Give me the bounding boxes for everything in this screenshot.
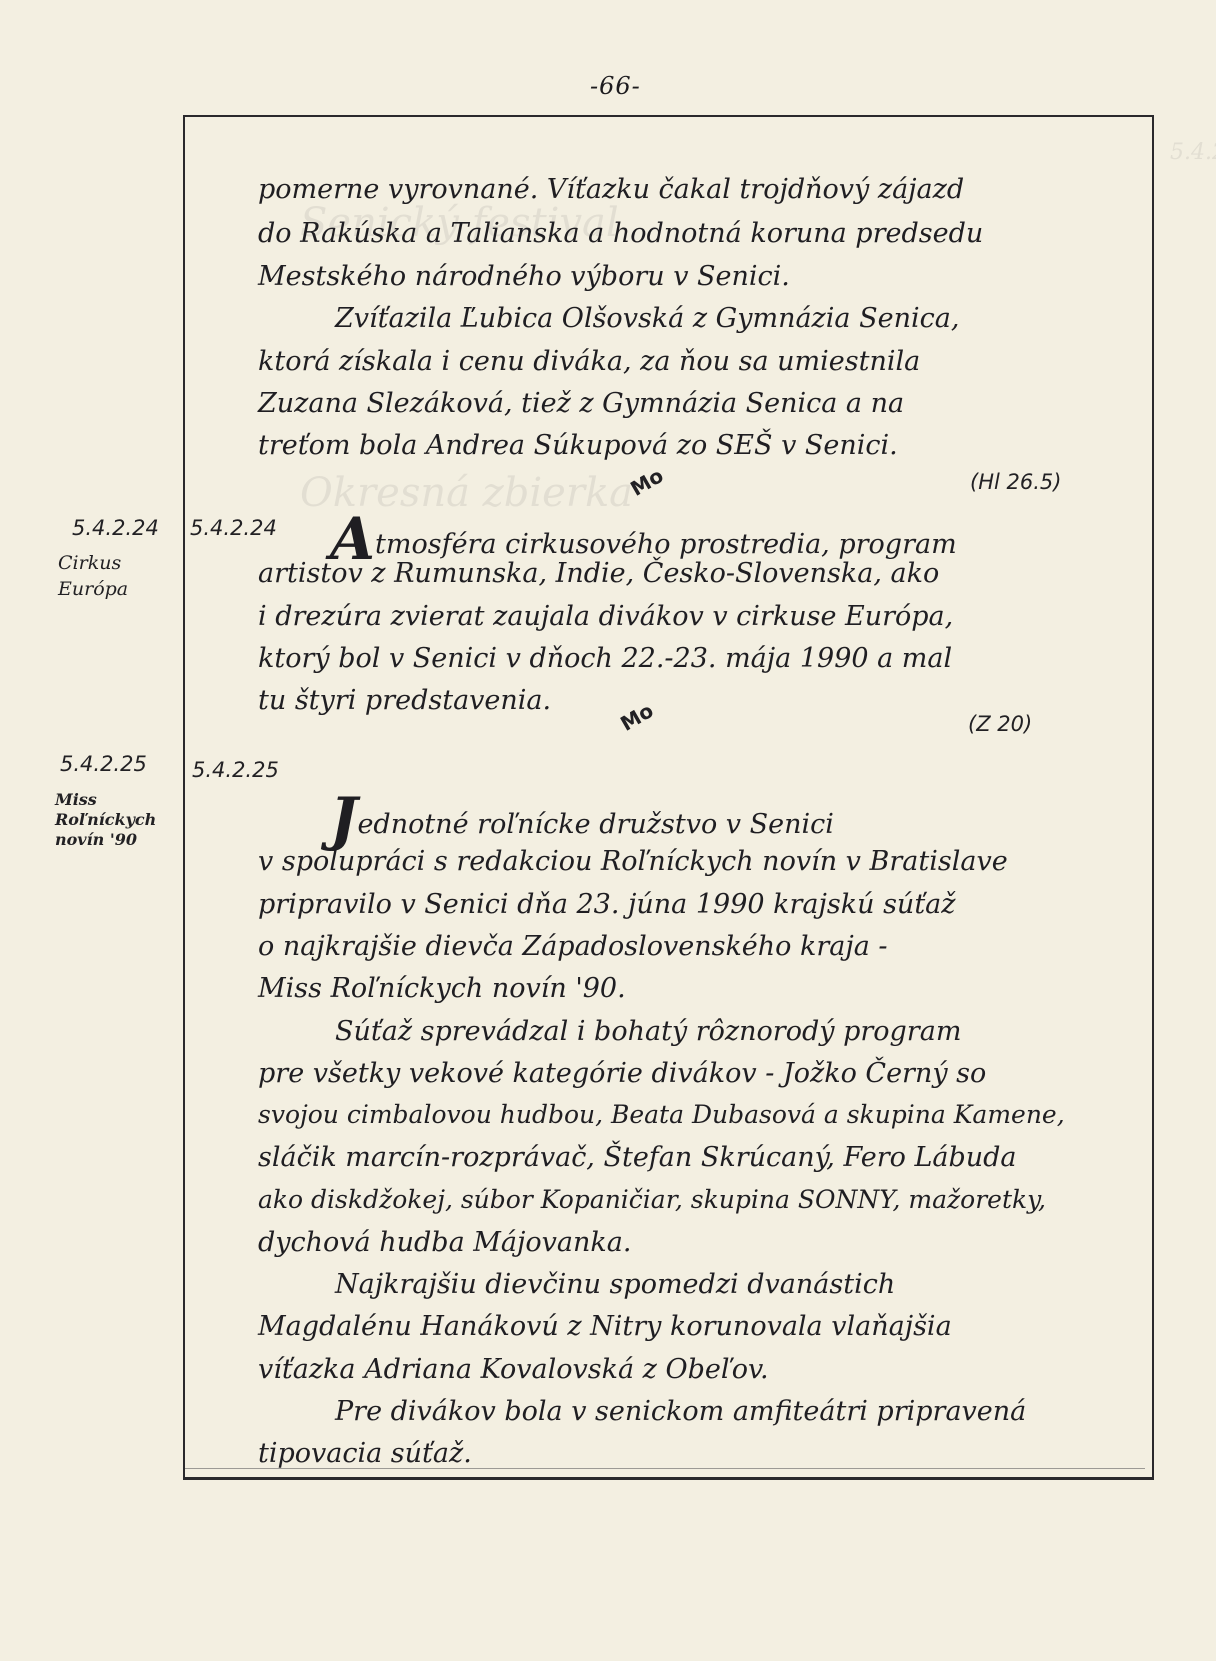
text-line: Súťaž sprevádzal i bohatý rôznorodý prog… bbox=[335, 1018, 961, 1045]
margin-entry-code: 5.4.2.24 bbox=[72, 516, 159, 540]
text-line: pripravilo v Senici dňa 23. júna 1990 kr… bbox=[258, 891, 956, 918]
text-line: v spolupráci s redakciou Roľníckych noví… bbox=[258, 848, 1008, 875]
page-number: -66- bbox=[590, 72, 641, 100]
text-line: Mestského národného výboru v Senici. bbox=[258, 263, 790, 290]
text-line: ako diskdžokej, súbor Kopaničiar, skupin… bbox=[258, 1187, 1046, 1212]
text-line: o najkrajšie dievča Západoslovenského kr… bbox=[258, 933, 888, 960]
text-line: Najkrajšiu dievčinu spomedzi dvanástich bbox=[335, 1271, 895, 1298]
margin-label-line: Cirkus bbox=[58, 550, 128, 576]
source-reference: (Z 20) bbox=[968, 712, 1032, 736]
text-line: Jednotné roľnícke družstvo v Senici bbox=[330, 790, 834, 848]
text-line: Zvíťazila Ľubica Olšovská z Gymnázia Sen… bbox=[335, 305, 959, 332]
text-line: sláčik marcín-rozprávač, Štefan Skrúcaný… bbox=[258, 1144, 1017, 1171]
margin-label-line: Miss bbox=[55, 790, 156, 810]
text-line: ktorý bol v Senici v dňoch 22.-23. mája … bbox=[258, 645, 952, 672]
margin-label-line: Európa bbox=[58, 576, 128, 602]
text-line: Pre divákov bola v senickom amfiteátri p… bbox=[335, 1398, 1026, 1425]
text-line: Miss Roľníckych novín '90. bbox=[258, 975, 626, 1002]
bleed-through-text: 5.4.2.24 bbox=[1170, 140, 1216, 165]
text-line: Magdalénu Hanákovú z Nitry korunovala vl… bbox=[258, 1313, 952, 1340]
text-line: ktorá získala i cenu diváka, za ňou sa u… bbox=[258, 348, 920, 375]
margin-entry-label: Cirkus Európa bbox=[58, 550, 128, 602]
text-line: dychová hudba Májovanka. bbox=[258, 1229, 631, 1256]
text-line: tipovacia súťaž. bbox=[258, 1440, 472, 1467]
text-line: pre všetky vekové kategórie divákov - Jo… bbox=[258, 1060, 986, 1087]
text-line: i drezúra zvierat zaujala divákov v cirk… bbox=[258, 603, 953, 630]
inline-entry-code: 5.4.2.24 bbox=[190, 516, 277, 540]
text-line: artistov z Rumunska, Indie, Česko-Sloven… bbox=[258, 560, 939, 587]
drop-initial: J bbox=[330, 785, 357, 853]
text-line: pomerne vyrovnané. Víťazku čakal trojdňo… bbox=[258, 176, 964, 203]
text-line: svojou cimbalovou hudbou, Beata Dubasová… bbox=[258, 1102, 1065, 1127]
margin-entry-label: Miss Roľníckych novín '90 bbox=[55, 790, 156, 850]
margin-label-line: Roľníckych bbox=[55, 810, 156, 830]
margin-entry-code: 5.4.2.25 bbox=[60, 752, 147, 776]
text-line: treťom bola Andrea Súkupová zo SEŠ v Sen… bbox=[258, 432, 898, 459]
text-line: do Rakúska a Talianska a hodnotná koruna… bbox=[258, 220, 983, 247]
text-line-rest: ednotné roľnícke družstvo v Senici bbox=[357, 809, 833, 840]
source-reference: (Hl 26.5) bbox=[970, 470, 1061, 494]
text-line: tu štyri predstavenia. bbox=[258, 687, 551, 714]
margin-label-line: novín '90 bbox=[55, 830, 156, 850]
inline-entry-code: 5.4.2.25 bbox=[192, 758, 279, 782]
text-line: Zuzana Slezáková, tiež z Gymnázia Senica… bbox=[258, 390, 904, 417]
text-line-rest: tmosféra cirkusového prostredia, program bbox=[375, 529, 957, 560]
text-line: víťazka Adriana Kovalovská z Obeľov. bbox=[258, 1356, 769, 1383]
